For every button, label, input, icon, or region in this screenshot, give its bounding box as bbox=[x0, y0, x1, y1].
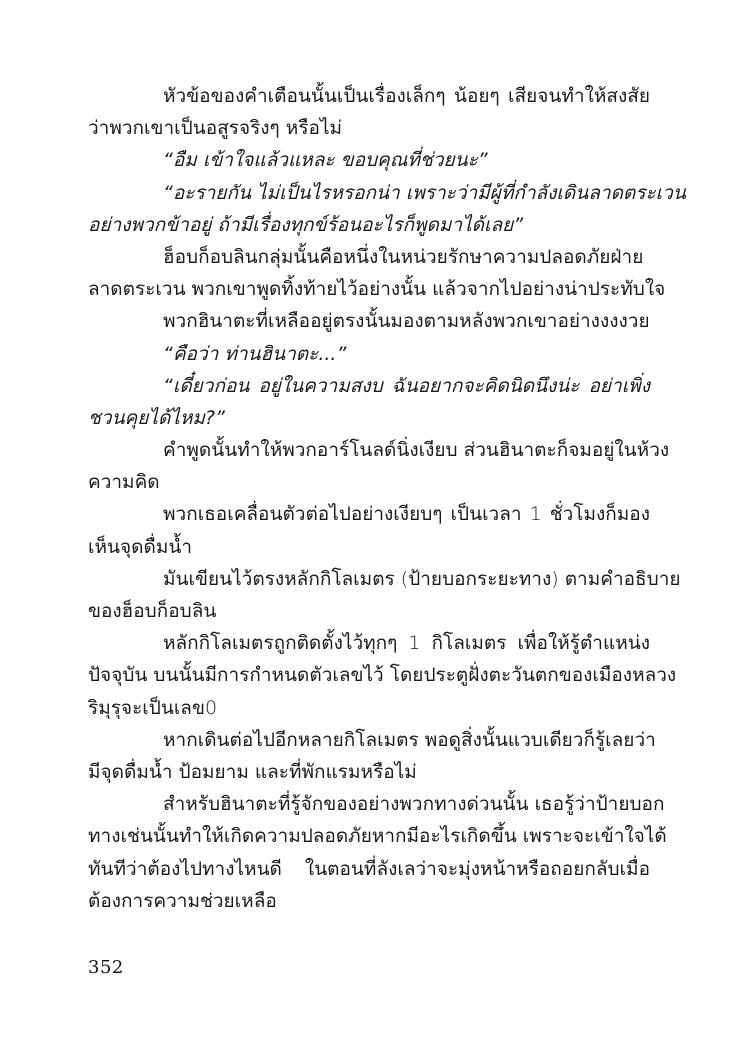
text-line: หลักกิโลเมตรถูกติดตั้งไว้ทุกๆ 1 กิโลเมตร… bbox=[88, 627, 650, 659]
dialogue-line: “อืม เข้าใจแล้วแหละ ขอบคุณที่ช่วยนะ” bbox=[88, 144, 650, 176]
book-page: หัวข้อของคำเตือนนั้นเป็นเรื่องเล็กๆ น้อย… bbox=[0, 0, 738, 1051]
text-line: หากเดินต่อไปอีกหลายกิโลเมตร พอดูสิ่งนั้น… bbox=[88, 724, 650, 756]
body-text: หัวข้อของคำเตือนนั้นเป็นเรื่องเล็กๆ น้อย… bbox=[88, 80, 650, 917]
text-line: ปัจจุบัน บนนั้นมีการกำหนดตัวเลขไว้ โดยปร… bbox=[88, 659, 650, 691]
text-line: ต้องการความช่วยเหลือ bbox=[88, 885, 650, 917]
text-line: ฮ็อบก็อบลินกลุ่มนั้นคือหนึ่งในหน่วยรักษา… bbox=[88, 241, 650, 273]
text-line: พวกเธอเคลื่อนตัวต่อไปอย่างเงียบๆ เป็นเวล… bbox=[88, 498, 650, 530]
dialogue-line: “เดี๋ยวก่อน อยู่ในความสงบ ฉันอยากจะคิดนิ… bbox=[88, 370, 650, 402]
text-line: หัวข้อของคำเตือนนั้นเป็นเรื่องเล็กๆ น้อย… bbox=[88, 80, 650, 112]
text-line: ทันทีว่าต้องไปทางไหนดี ในตอนที่ลังเลว่าจ… bbox=[88, 853, 650, 885]
text-line: สำหรับฮินาตะที่รู้จักของอย่างพวกทางด่วนน… bbox=[88, 788, 650, 820]
text-line: เห็นจุดดื่มน้ำ bbox=[88, 531, 650, 563]
text-line: มีจุดดื่มน้ำ ป้อมยาม และที่พักแรมหรือไม่ bbox=[88, 756, 650, 788]
text-line: คำพูดนั้นทำให้พวกอาร์โนลด์นิ่งเงียบ ส่วน… bbox=[88, 434, 650, 466]
text-line: พวกฮินาตะที่เหลืออยู่ตรงนั้นมองตามหลังพว… bbox=[88, 305, 650, 337]
page-number: 352 bbox=[88, 957, 124, 978]
dialogue-line: ชวนคุยได้ไหม?” bbox=[88, 402, 650, 434]
text-line: ของฮ็อบก็อบลิน bbox=[88, 595, 650, 627]
dialogue-line: อย่างพวกข้าอยู่ ถ้ามีเรื่องทุกข์ร้อนอะไร… bbox=[88, 209, 650, 241]
text-line: มันเขียนไว้ตรงหลักกิโลเมตร (ป้ายบอกระยะท… bbox=[88, 563, 650, 595]
text-line: ทางเช่นนั้นทำให้เกิดความปลอดภัยหากมีอะไร… bbox=[88, 820, 650, 852]
dialogue-line: “คือว่า ท่านฮินาตะ...” bbox=[88, 338, 650, 370]
dialogue-line: “อะรายกัน ไม่เป็นไรหรอกน่า เพราะว่ามีผู้… bbox=[88, 177, 650, 209]
text-line: ความคิด bbox=[88, 466, 650, 498]
text-line: ลาดตระเวน พวกเขาพูดทิ้งท้ายไว้อย่างนั้น … bbox=[88, 273, 650, 305]
text-line: ริมุรุจะเป็นเลข0 bbox=[88, 692, 650, 724]
text-line: ว่าพวกเขาเป็นอสูรจริงๆ หรือไม่ bbox=[88, 112, 650, 144]
